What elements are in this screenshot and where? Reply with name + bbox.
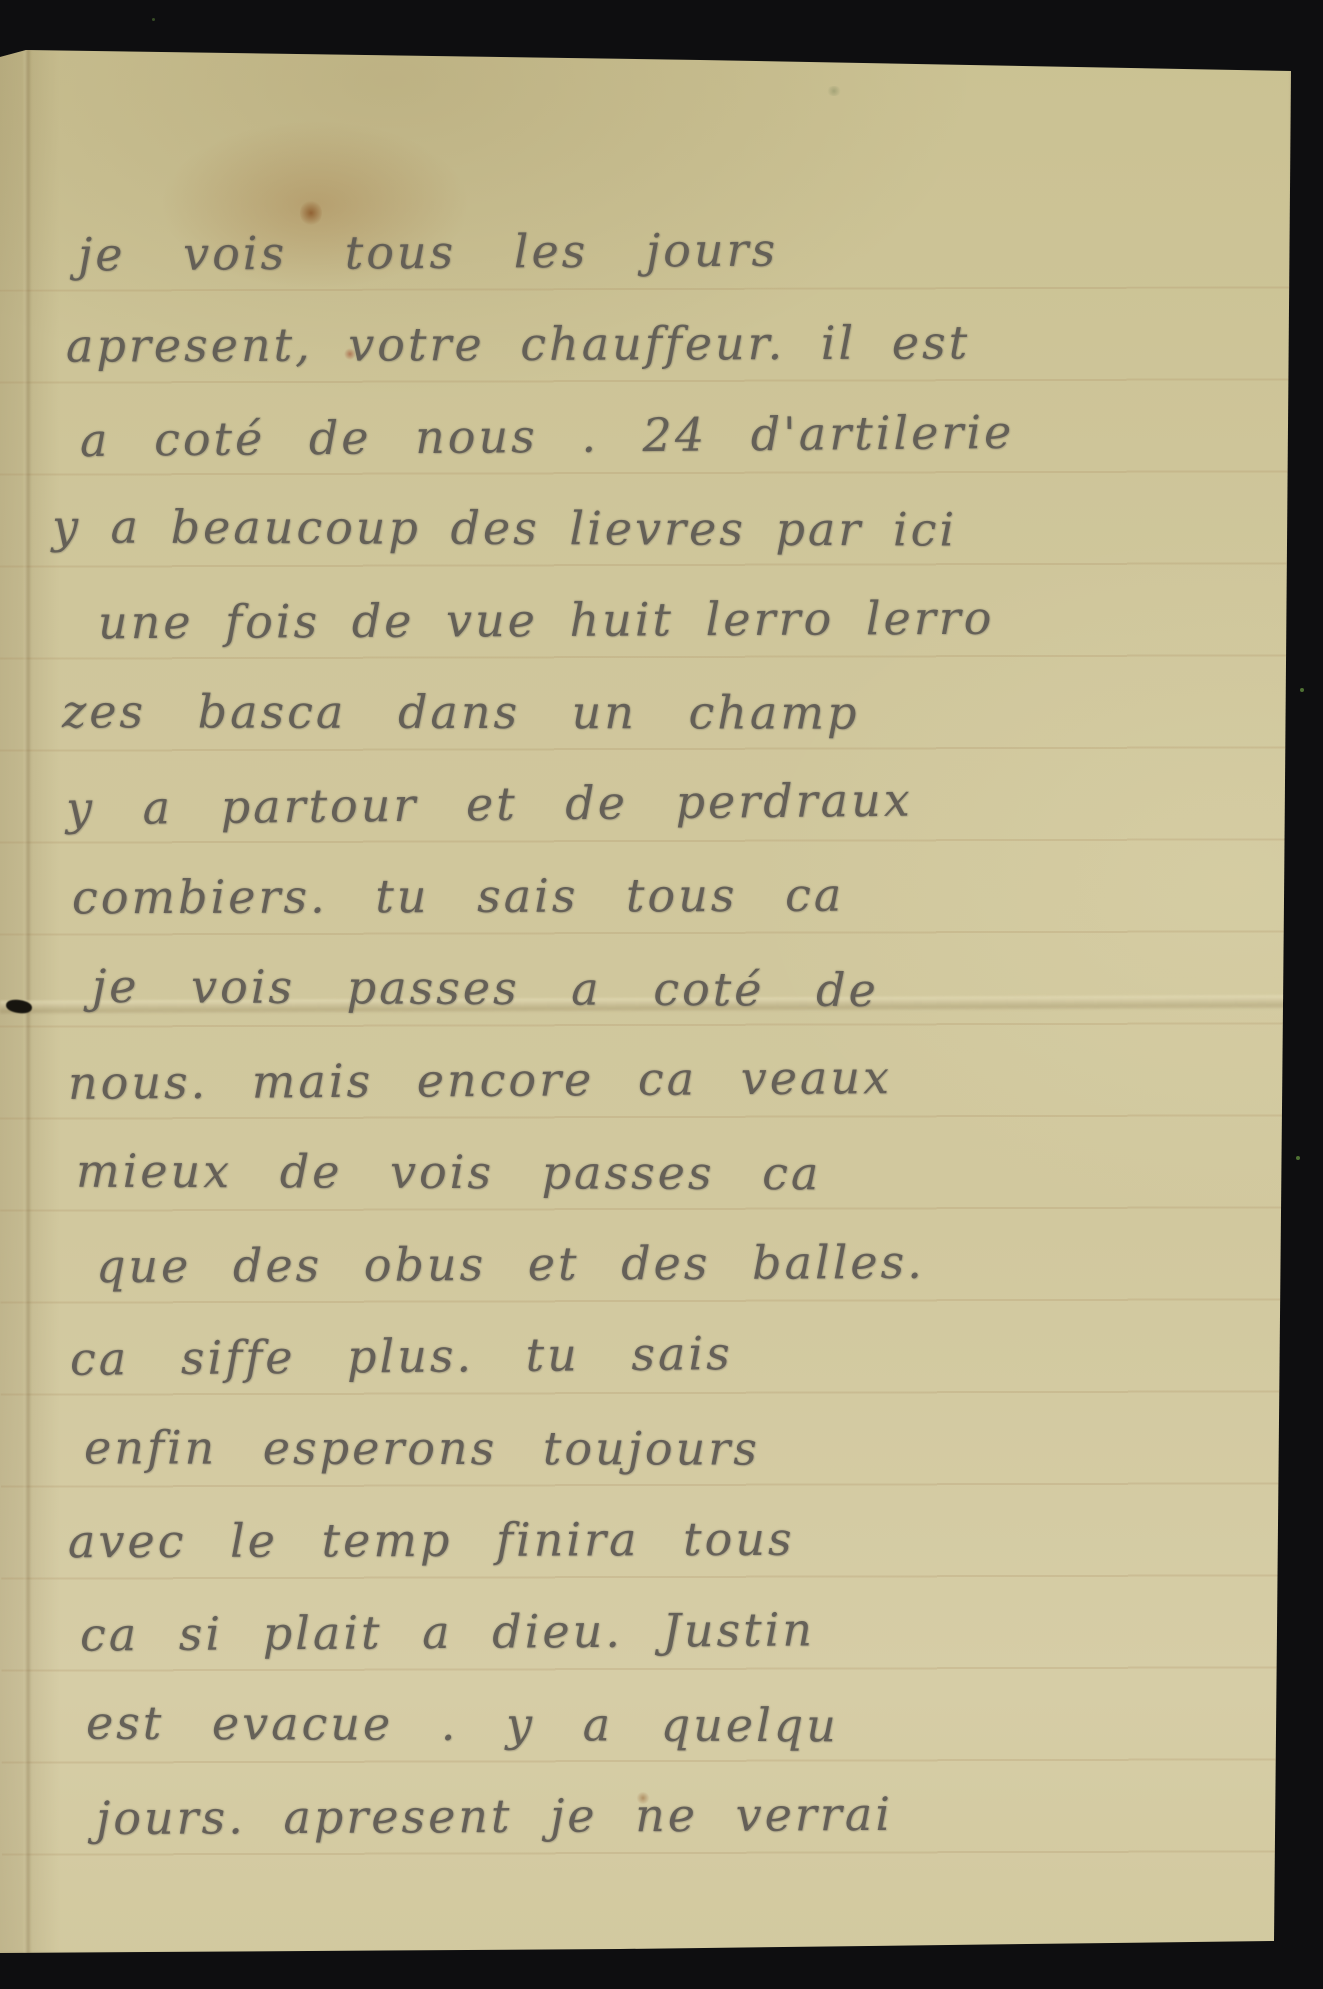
handwriting-line: nous. mais encore ca veaux <box>68 1050 892 1110</box>
paper-stain <box>300 200 322 226</box>
vertical-fold-crease <box>24 0 31 1960</box>
scan-background: je vois tous les jours apresent, votre c… <box>0 0 1323 1989</box>
scanner-noise-speck <box>152 18 155 21</box>
handwriting-line: jours. apresent je ne verrai <box>96 1787 893 1845</box>
handwriting-line: est evacue . y a quelqu <box>86 1696 839 1753</box>
handwriting-line: zes basca dans un champ <box>62 684 860 739</box>
handwriting-line: ca si plait a dieu. Justin <box>80 1602 815 1661</box>
letter-page: je vois tous les jours apresent, votre c… <box>0 0 1300 1960</box>
handwriting-line: je vois passes a coté de <box>92 959 879 1017</box>
handwriting-line: je vois tous les jours <box>78 223 778 282</box>
handwriting-line: a coté de nous . 24 d'artilerie <box>80 405 1015 467</box>
handwriting-line: ca siffe plus. tu sais <box>70 1326 733 1386</box>
paper-stain <box>826 86 842 96</box>
handwriting-line: apresent, votre chauffeur. il est <box>66 315 970 372</box>
handwriting-line: y a partour et de perdraux <box>66 773 913 836</box>
handwriting-line: combiers. tu sais tous ca <box>72 868 844 925</box>
handwriting-line: enfin esperons toujours <box>84 1420 760 1475</box>
handwriting-line: une fois de vue huit lerro lerro <box>98 591 995 650</box>
handwriting-line: mieux de vois passes ca <box>76 1144 822 1201</box>
scanner-noise-speck <box>1296 1156 1300 1160</box>
scanner-noise-speck <box>1300 688 1304 692</box>
handwriting-line: que des obus et des balles. <box>96 1235 925 1293</box>
handwriting-line: avec le temp finira tous <box>68 1512 795 1569</box>
handwriting-line: y a beaucoup des lievres par ici <box>52 499 957 556</box>
